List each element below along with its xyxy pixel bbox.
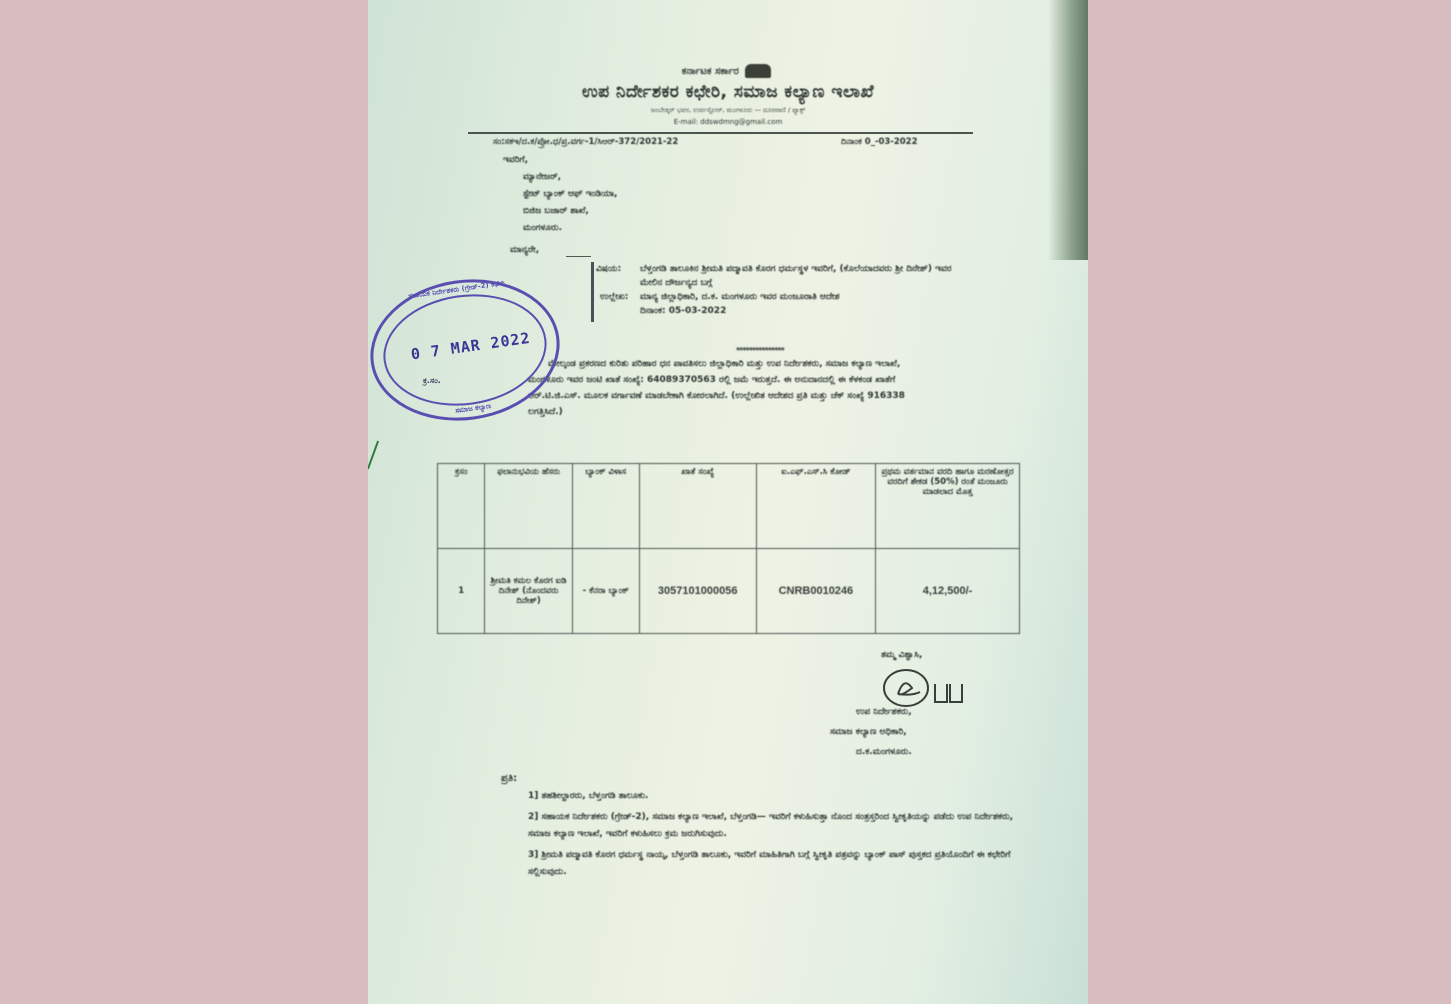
copy-to-item: 1] ತಹಶೀಲ್ದಾರರು, ಬೆಳ್ತಂಗಡಿ ತಾಲೂಕು. — [528, 788, 1018, 805]
col-header-amount: ಪ್ರಥಮ ವರ್ತಮಾನ ವರದಿ ಹಾಗೂ ಮರಣೋತ್ತರ ವರದಿಗೆ … — [876, 464, 1020, 549]
cell-bank: - ಕೆನರಾ ಬ್ಯಾಂಕ್ — [572, 549, 639, 634]
signatory-place: ದ.ಕ.ಮಂಗಳೂರು. — [856, 747, 912, 757]
table-header-row: ಕ್ರಸಂ ಫಲಾನುಭವಿಯ ಹೆಸರು ಬ್ಯಾಂಕ್ ವಿಳಾಸ ಖಾತೆ… — [438, 464, 1020, 549]
signature-closing: ತಮ್ಮ ವಿಶ್ವಾಸಿ, — [881, 650, 922, 660]
col-header-ifsc: ಐ.ಎಫ್.ಎಸ್.ಸಿ ಕೋಡ್ — [756, 464, 875, 549]
salutation-underline — [566, 256, 591, 257]
handwritten-signature-icon — [880, 664, 980, 710]
state-emblem-icon — [745, 64, 771, 78]
cell-amount: 4,12,500/- — [876, 549, 1020, 634]
salutation: ಮಾನ್ಯರೇ, — [510, 245, 539, 255]
recipient-line: ಮ್ಯಾನೇಜರ್, — [503, 169, 617, 186]
beneficiary-table: ಕ್ರಸಂ ಫಲಾನುಭವಿಯ ಹೆಸರು ಬ್ಯಾಂಕ್ ವಿಳಾಸ ಖಾತೆ… — [437, 463, 1020, 634]
government-label: ಕರ್ನಾಟಕ ಸರ್ಕಾರ — [682, 66, 739, 77]
separator-stars: *************** — [736, 346, 784, 355]
col-header-name: ಫಲಾನುಭವಿಯ ಹೆಸರು — [485, 464, 572, 549]
signatory-title: ಉಪ ನಿರ್ದೇಶಕರು, — [856, 707, 912, 717]
recipient-to-label: ಇವರಿಗೆ, — [503, 152, 617, 169]
date-value: 0_-03-2022 — [865, 137, 918, 147]
header-divider — [468, 132, 973, 134]
reference-label: ಉಲ್ಲೇಖ: — [600, 292, 628, 302]
copy-to-list: 1] ತಹಶೀಲ್ದಾರರು, ಬೆಳ್ತಂಗಡಿ ತಾಲೂಕು. 2] ಸಹಾ… — [528, 788, 1018, 885]
office-title: ಉಪ ನಿರ್ದೇಶಕರ ಕಛೇರಿ, ಸಮಾಜ ಕಲ್ಯಾಣ ಇಲಾಖೆ — [368, 82, 1088, 102]
reference-body: ಮಾನ್ಯ ಜಿಲ್ಲಾಧಿಕಾರಿ, ದ.ಕ. ಮಂಗಳೂರು ಇವರ ಮಂಜ… — [640, 290, 970, 304]
cell-ifsc: CNRB0010246 — [756, 549, 875, 634]
signatory-office: ಸಮಾಜ ಕಲ್ಯಾಣ ಅಧಿಕಾರಿ, — [830, 727, 907, 737]
subject-label: ವಿಷಯ: — [596, 264, 621, 274]
copy-to-item: 2] ಸಹಾಯಕ ನಿರ್ದೇಶಕರು (ಗ್ರೇಡ್-2), ಸಮಾಜ ಕಲ್… — [528, 809, 1018, 843]
letter-date: ದಿನಾಂಕ 0_-03-2022 — [841, 137, 918, 147]
copy-to-label: ಪ್ರತಿ: — [501, 773, 517, 784]
stamp-inward-label: ಕ್ರ.ಸಂ. — [423, 376, 441, 386]
table-row: 1 ಶ್ರೀಮತಿ ಕಮಲ ಕೊರಗ ಐಡಿ ದಿನೇಶ್ (ನೊಂದವರು ದ… — [438, 549, 1020, 634]
pen-mark — [368, 441, 379, 470]
subject-text: ಬೆಳ್ತಂಗಡಿ ತಾಲೂಕಿನ ಶ್ರೀಮತಿ ಪದ್ಮಾವತಿ ಕೊರಗ … — [640, 262, 970, 290]
scanned-letter-page: ಕರ್ನಾಟಕ ಸರ್ಕಾರ ಉಪ ನಿರ್ದೇಶಕರ ಕಛೇರಿ, ಸಮಾಜ … — [368, 0, 1088, 1004]
recipient-line: ಬಿಜಿಜ ಬಜಾರ್ ಶಾಖೆ, — [503, 203, 617, 220]
recipient-line: ಮಂಗಳೂರು. — [503, 220, 617, 237]
cell-name: ಶ್ರೀಮತಿ ಕಮಲ ಕೊರಗ ಐಡಿ ದಿನೇಶ್ (ನೊಂದವರು ದಿನ… — [485, 549, 572, 634]
recipient-line: ಸ್ಟೇಟ್ ಬ್ಯಾಂಕ್ ಆಫ್ ಇಂಡಿಯಾ, — [503, 186, 617, 203]
letter-body: ಮೇಲ್ಕಂಡ ಪ್ರಕರಣದ ಕುರಿತು ಪರಿಹಾರ ಧನ ಪಾವತಿಸಲ… — [528, 356, 938, 420]
office-address: ಅಂಬೇಡ್ಕರ್ ಭವನ, ಉರ್ವಸ್ಟೋರ್, ಮಂಗಳೂರು — ದೂರ… — [428, 106, 1028, 115]
col-header-account: ಖಾತೆ ಸಂಖ್ಯೆ — [639, 464, 756, 549]
cell-sl-no: 1 — [438, 549, 485, 634]
reference-text: ಮಾನ್ಯ ಜಿಲ್ಲಾಧಿಕಾರಿ, ದ.ಕ. ಮಂಗಳೂರು ಇವರ ಮಂಜ… — [640, 290, 970, 318]
recipient-block: ಇವರಿಗೆ, ಮ್ಯಾನೇಜರ್, ಸ್ಟೇಟ್ ಬ್ಯಾಂಕ್ ಆಫ್ ಇಂ… — [503, 152, 617, 237]
reference-date: ದಿನಾಂಕ: 05-03-2022 — [640, 304, 970, 318]
col-header-bank: ಬ್ಯಾಂಕ್ ವಿಳಾಸ — [572, 464, 639, 549]
office-email: E-mail: ddswdmng@gmail.com — [368, 118, 1088, 126]
copy-to-item: 3] ಶ್ರೀಮತಿ ಪದ್ಮಾವತಿ ಕೊರಗ ಧರ್ಮಸ್ಥ ನಾಯ್ಕ, … — [528, 847, 1018, 881]
col-header-sl-no: ಕ್ರಸಂ — [438, 464, 485, 549]
date-label: ದಿನಾಂಕ — [841, 137, 862, 147]
government-emblem-line: ಕರ್ನಾಟಕ ಸರ್ಕಾರ — [368, 64, 1088, 78]
subject-margin-mark — [591, 262, 594, 322]
cell-account-number: 3057101000056 — [639, 549, 756, 634]
reference-number: ಸಂ:ಸಕಇ/ದ.ಕ/ಪ್ರೋ.ಧ/ಪ್ರ.ವರ್ಗ-1/ಸಿಆರ್-372/2… — [493, 137, 678, 147]
